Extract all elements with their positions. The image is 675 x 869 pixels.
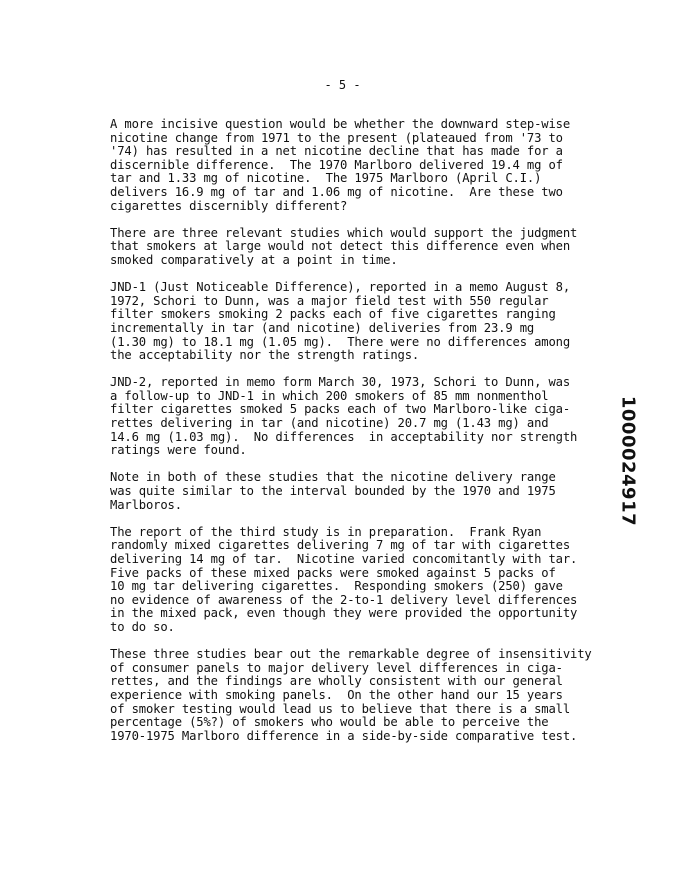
document-page: - 5 - A more incisive question would be … bbox=[0, 0, 675, 869]
paragraph-jnd-2: JND-2, reported in memo form March 30, 1… bbox=[110, 376, 655, 458]
document-body: A more incisive question would be whethe… bbox=[110, 118, 655, 757]
paragraph-third-study: The report of the third study is in prep… bbox=[110, 526, 655, 635]
paragraph-conclusion: These three studies bear out the remarka… bbox=[110, 648, 655, 743]
paragraph-jnd-1: JND-1 (Just Noticeable Difference), repo… bbox=[110, 281, 655, 363]
paragraph-note-both-studies: Note in both of these studies that the n… bbox=[110, 471, 655, 512]
paragraph-incisive-question: A more incisive question would be whethe… bbox=[110, 118, 655, 213]
page-number: - 5 - bbox=[0, 78, 675, 92]
document-id-text: 1000024917 bbox=[618, 396, 639, 526]
document-id-stamp: 1000024917 bbox=[608, 396, 648, 526]
paragraph-three-studies: There are three relevant studies which w… bbox=[110, 227, 655, 268]
